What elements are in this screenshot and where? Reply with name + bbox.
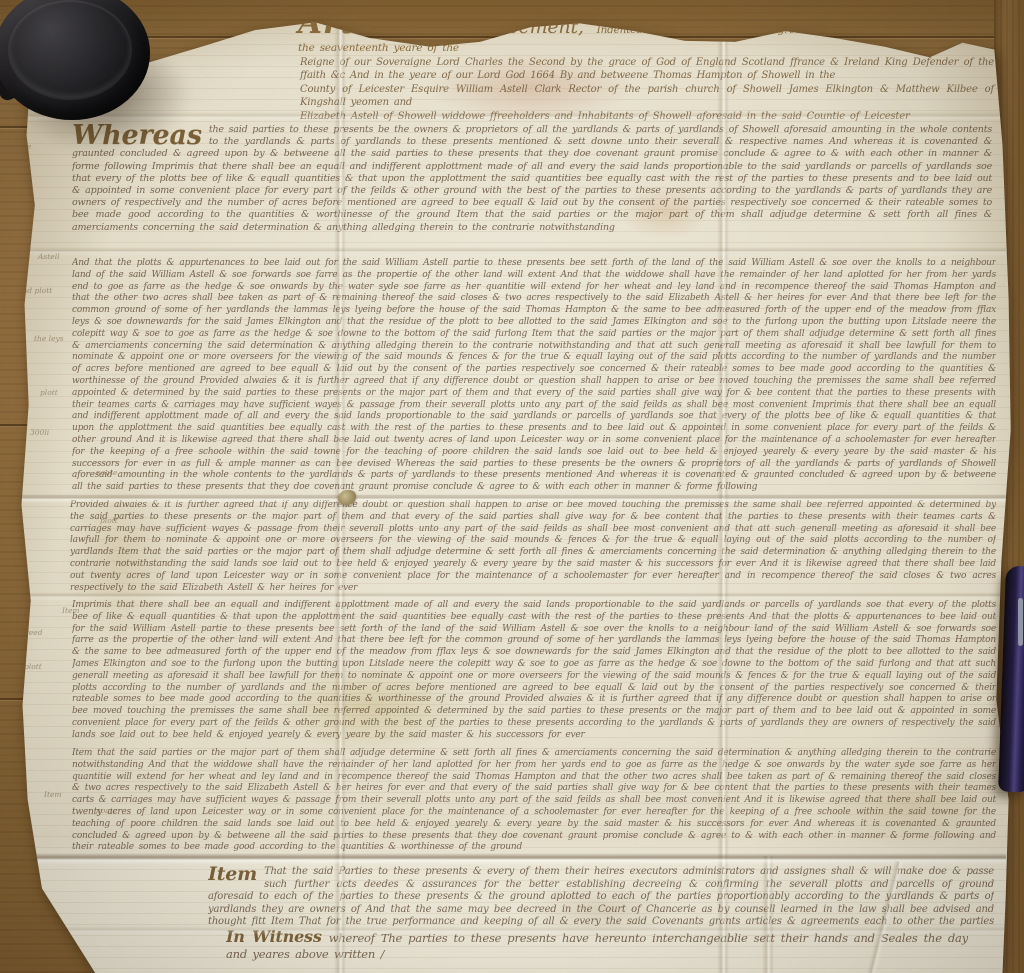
margin-note: 300li [30, 428, 49, 437]
body-text: That the said Parties to these presents … [208, 866, 994, 928]
margin-note: agreed [16, 628, 43, 637]
body-text: Item that the said parties or the major … [72, 748, 996, 852]
body-band-whereas: Whereasthe said parties to these present… [72, 124, 992, 254]
vertical-fold-crease [762, 856, 774, 973]
margin-note: noate [96, 806, 117, 815]
margin-note: plott [24, 662, 42, 671]
document-title: Articles of Agreement, Indented of six p… [298, 16, 994, 56]
title-word: Articles [298, 5, 440, 41]
horizontal-fold-crease [20, 853, 1006, 865]
header-line: Reigne of our Soveraigne Lord Charles th… [300, 56, 994, 83]
margin-note: Item [44, 790, 62, 799]
horizontal-fold-crease [20, 926, 1006, 935]
horizontal-fold-crease [20, 494, 1006, 503]
margin-note: Item [62, 606, 80, 615]
horizontal-fold-crease [20, 247, 1006, 256]
parchment-document: Articles of Agreement, Indented of six p… [0, 0, 1024, 973]
weight-rim-highlight [8, 0, 132, 100]
header-line: County of Leicester Esquire William Aste… [300, 83, 994, 110]
body-band: Imprimis that there shall bee an equall … [72, 600, 996, 744]
margin-note: the leys [34, 334, 64, 343]
body-text: Provided alwaies & it is further agreed … [70, 500, 996, 593]
body-band: Provided alwaies & it is further agreed … [70, 500, 996, 594]
manuscript-text-layer: Articles of Agreement, Indented of six p… [0, 0, 1024, 973]
body-text: And that the plotts & appurtenances to b… [72, 258, 996, 492]
pen-clip [1018, 598, 1023, 646]
body-band: And that the plotts & appurtenances to b… [72, 258, 996, 496]
margin-note: noate [10, 142, 31, 151]
photograph: Articles of Agreement, Indented of six p… [0, 0, 1024, 973]
margin-note: noate [96, 468, 117, 477]
title-rest: of Agreement, [447, 16, 584, 38]
title-tail: Indented of six parts made and agreed up… [298, 24, 993, 54]
margin-note: plott [40, 388, 58, 397]
parchment-surface: Articles of Agreement, Indented of six p… [0, 0, 1024, 973]
margin-note: plott [100, 516, 118, 525]
body-band-item-clauses: ItemThat the said Parties to these prese… [208, 866, 994, 928]
decorated-initial: Item [208, 866, 257, 883]
margin-note: and plott [18, 286, 52, 295]
body-text: the said parties to these presents be th… [72, 124, 992, 233]
body-text: Imprimis that there shall bee an equall … [72, 600, 996, 740]
horizontal-fold-crease [20, 592, 1006, 601]
body-band: Item that the said parties or the major … [72, 748, 996, 854]
